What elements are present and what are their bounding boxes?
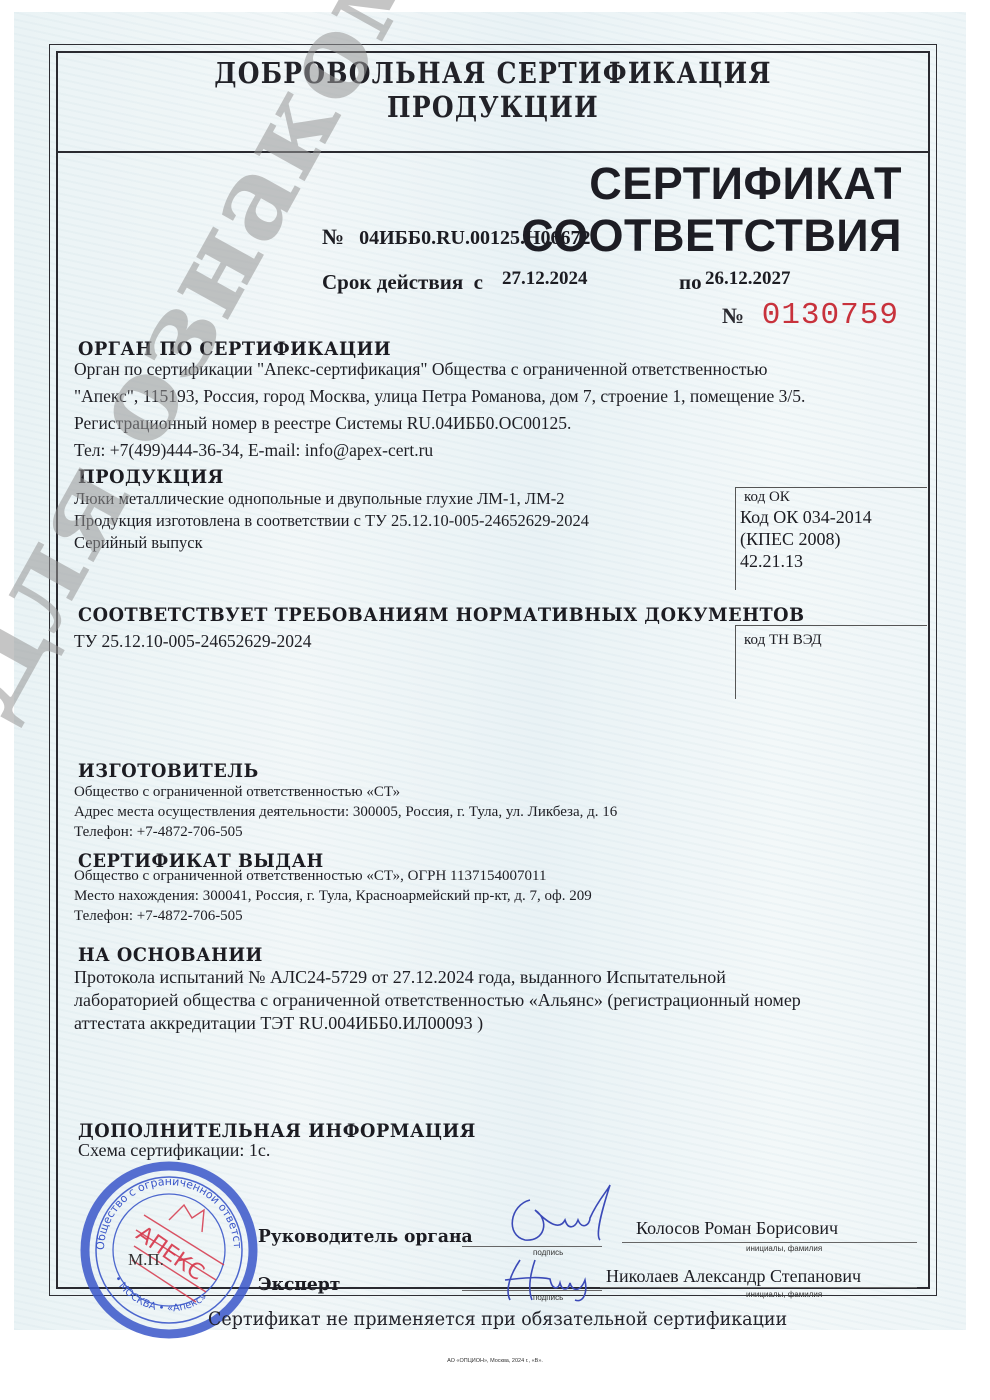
- name-caption: инициалы, фамилия: [746, 1290, 822, 1299]
- text-line: Тел: +7(499)444-36-34, E-mail: info@apex…: [74, 437, 805, 464]
- text-line: Место нахождения: 300041, Россия, г. Тул…: [74, 886, 592, 906]
- ok-code-caption: код ОК: [736, 489, 927, 506]
- section-title-compliance: СООТВЕТСТВУЕТ ТРЕБОВАНИЯМ НОРМАТИВНЫХ ДО…: [78, 604, 805, 626]
- number-sign: №: [322, 224, 344, 249]
- form-serial-number: № 0130759: [722, 298, 899, 333]
- text-line: Общество с ограниченной ответственностью…: [74, 866, 592, 886]
- validity-label: Срок действия с: [322, 270, 483, 294]
- text-line: Общество с ограниченной ответственностью…: [74, 782, 617, 802]
- text-line: Продукция изготовлена в соответствии с Т…: [74, 510, 589, 532]
- text-line: Адрес места осуществления деятельности: …: [74, 802, 617, 822]
- valid-to: 26.12.2027: [705, 268, 791, 290]
- text-line: Регистрационный номер в реестре Системы …: [74, 410, 805, 437]
- valid-from: 27.12.2024: [502, 268, 588, 290]
- serial-sign: №: [722, 303, 744, 328]
- section-title-product: ПРОДУКЦИЯ: [78, 466, 224, 488]
- text-line: Орган по сертификации "Апекс-сертификаци…: [74, 356, 805, 383]
- head-name: Колосов Роман Борисович: [636, 1218, 838, 1239]
- section-title-manufacturer: ИЗГОТОВИТЕЛЬ: [78, 760, 259, 782]
- tnved-code-caption: код ТН ВЭД: [736, 632, 927, 649]
- valid-to-label: по: [679, 270, 702, 295]
- validity-period: Срок действия с 27.12.2024 по 26.12.2027: [322, 270, 882, 295]
- banner-divider: [56, 151, 930, 153]
- stamp-place-label: М.П.: [128, 1250, 164, 1270]
- certificate-number: № 04ИББ0.RU.00125.Н06672: [322, 224, 591, 250]
- expert-label: Эксперт: [258, 1274, 340, 1295]
- certificate-number-value: 04ИББ0.RU.00125.Н06672: [359, 227, 590, 249]
- manufacturer-details: Общество с ограниченной ответственностью…: [74, 782, 617, 842]
- expert-signature-icon: [490, 1255, 600, 1305]
- text-line: ТУ 25.12.10-005-24652629-2024: [74, 630, 311, 652]
- text-line: Люки металлические однопольные и двуполь…: [74, 488, 589, 510]
- certification-body-details: Орган по сертификации "Апекс-сертификаци…: [74, 356, 805, 464]
- issued-to-details: Общество с ограниченной ответственностью…: [74, 866, 592, 926]
- printer-imprint: АО «ОПЦИОН», Москва, 2024 г., «В».: [0, 1358, 990, 1364]
- banner-title: ДОБРОВОЛЬНАЯ СЕРТИФИКАЦИЯ ПРОДУКЦИИ: [117, 56, 869, 124]
- compliance-details: ТУ 25.12.10-005-24652629-2024: [74, 630, 311, 652]
- text-line: Телефон: +7-4872-706-505: [74, 822, 617, 842]
- tnved-code-box: код ТН ВЭД: [735, 625, 927, 699]
- text-line: аттестата аккредитации ТЭТ RU.004ИББ0.ИЛ…: [74, 1012, 801, 1035]
- head-signature-icon: [490, 1180, 620, 1250]
- text-line: Схема сертификации: 1с.: [78, 1139, 270, 1161]
- text-line: Серийный выпуск: [74, 532, 589, 554]
- additional-details: Схема сертификации: 1с.: [78, 1139, 270, 1161]
- basis-details: Протокола испытаний № АЛС24-5729 от 27.1…: [74, 966, 801, 1035]
- footer-note: Сертификат не применяется при обязательн…: [208, 1308, 787, 1330]
- text-line: лабораторией общества с ограниченной отв…: [74, 989, 801, 1012]
- ok-code-line: (КПЕС 2008): [736, 528, 927, 550]
- expert-name: Николаев Александр Степанович: [606, 1266, 861, 1287]
- text-line: Телефон: +7-4872-706-505: [74, 906, 592, 926]
- section-title-basis: НА ОСНОВАНИИ: [78, 944, 263, 966]
- ok-code-line: 42.21.13: [736, 550, 927, 572]
- head-of-body-label: Руководитель органа: [258, 1226, 473, 1247]
- ok-code-line: Код ОК 034-2014: [736, 506, 927, 528]
- expert-name-line: [600, 1287, 917, 1288]
- product-details: Люки металлические однопольные и двуполь…: [74, 488, 589, 554]
- serial-value: 0130759: [762, 298, 899, 333]
- ok-code-box: код ОК Код ОК 034-2014 (КПЕС 2008) 42.21…: [735, 487, 927, 590]
- head-name-line: [622, 1242, 917, 1243]
- text-line: Протокола испытаний № АЛС24-5729 от 27.1…: [74, 966, 801, 989]
- name-caption: инициалы, фамилия: [746, 1244, 822, 1253]
- text-line: "Апекс", 115193, Россия, город Москва, у…: [74, 383, 805, 410]
